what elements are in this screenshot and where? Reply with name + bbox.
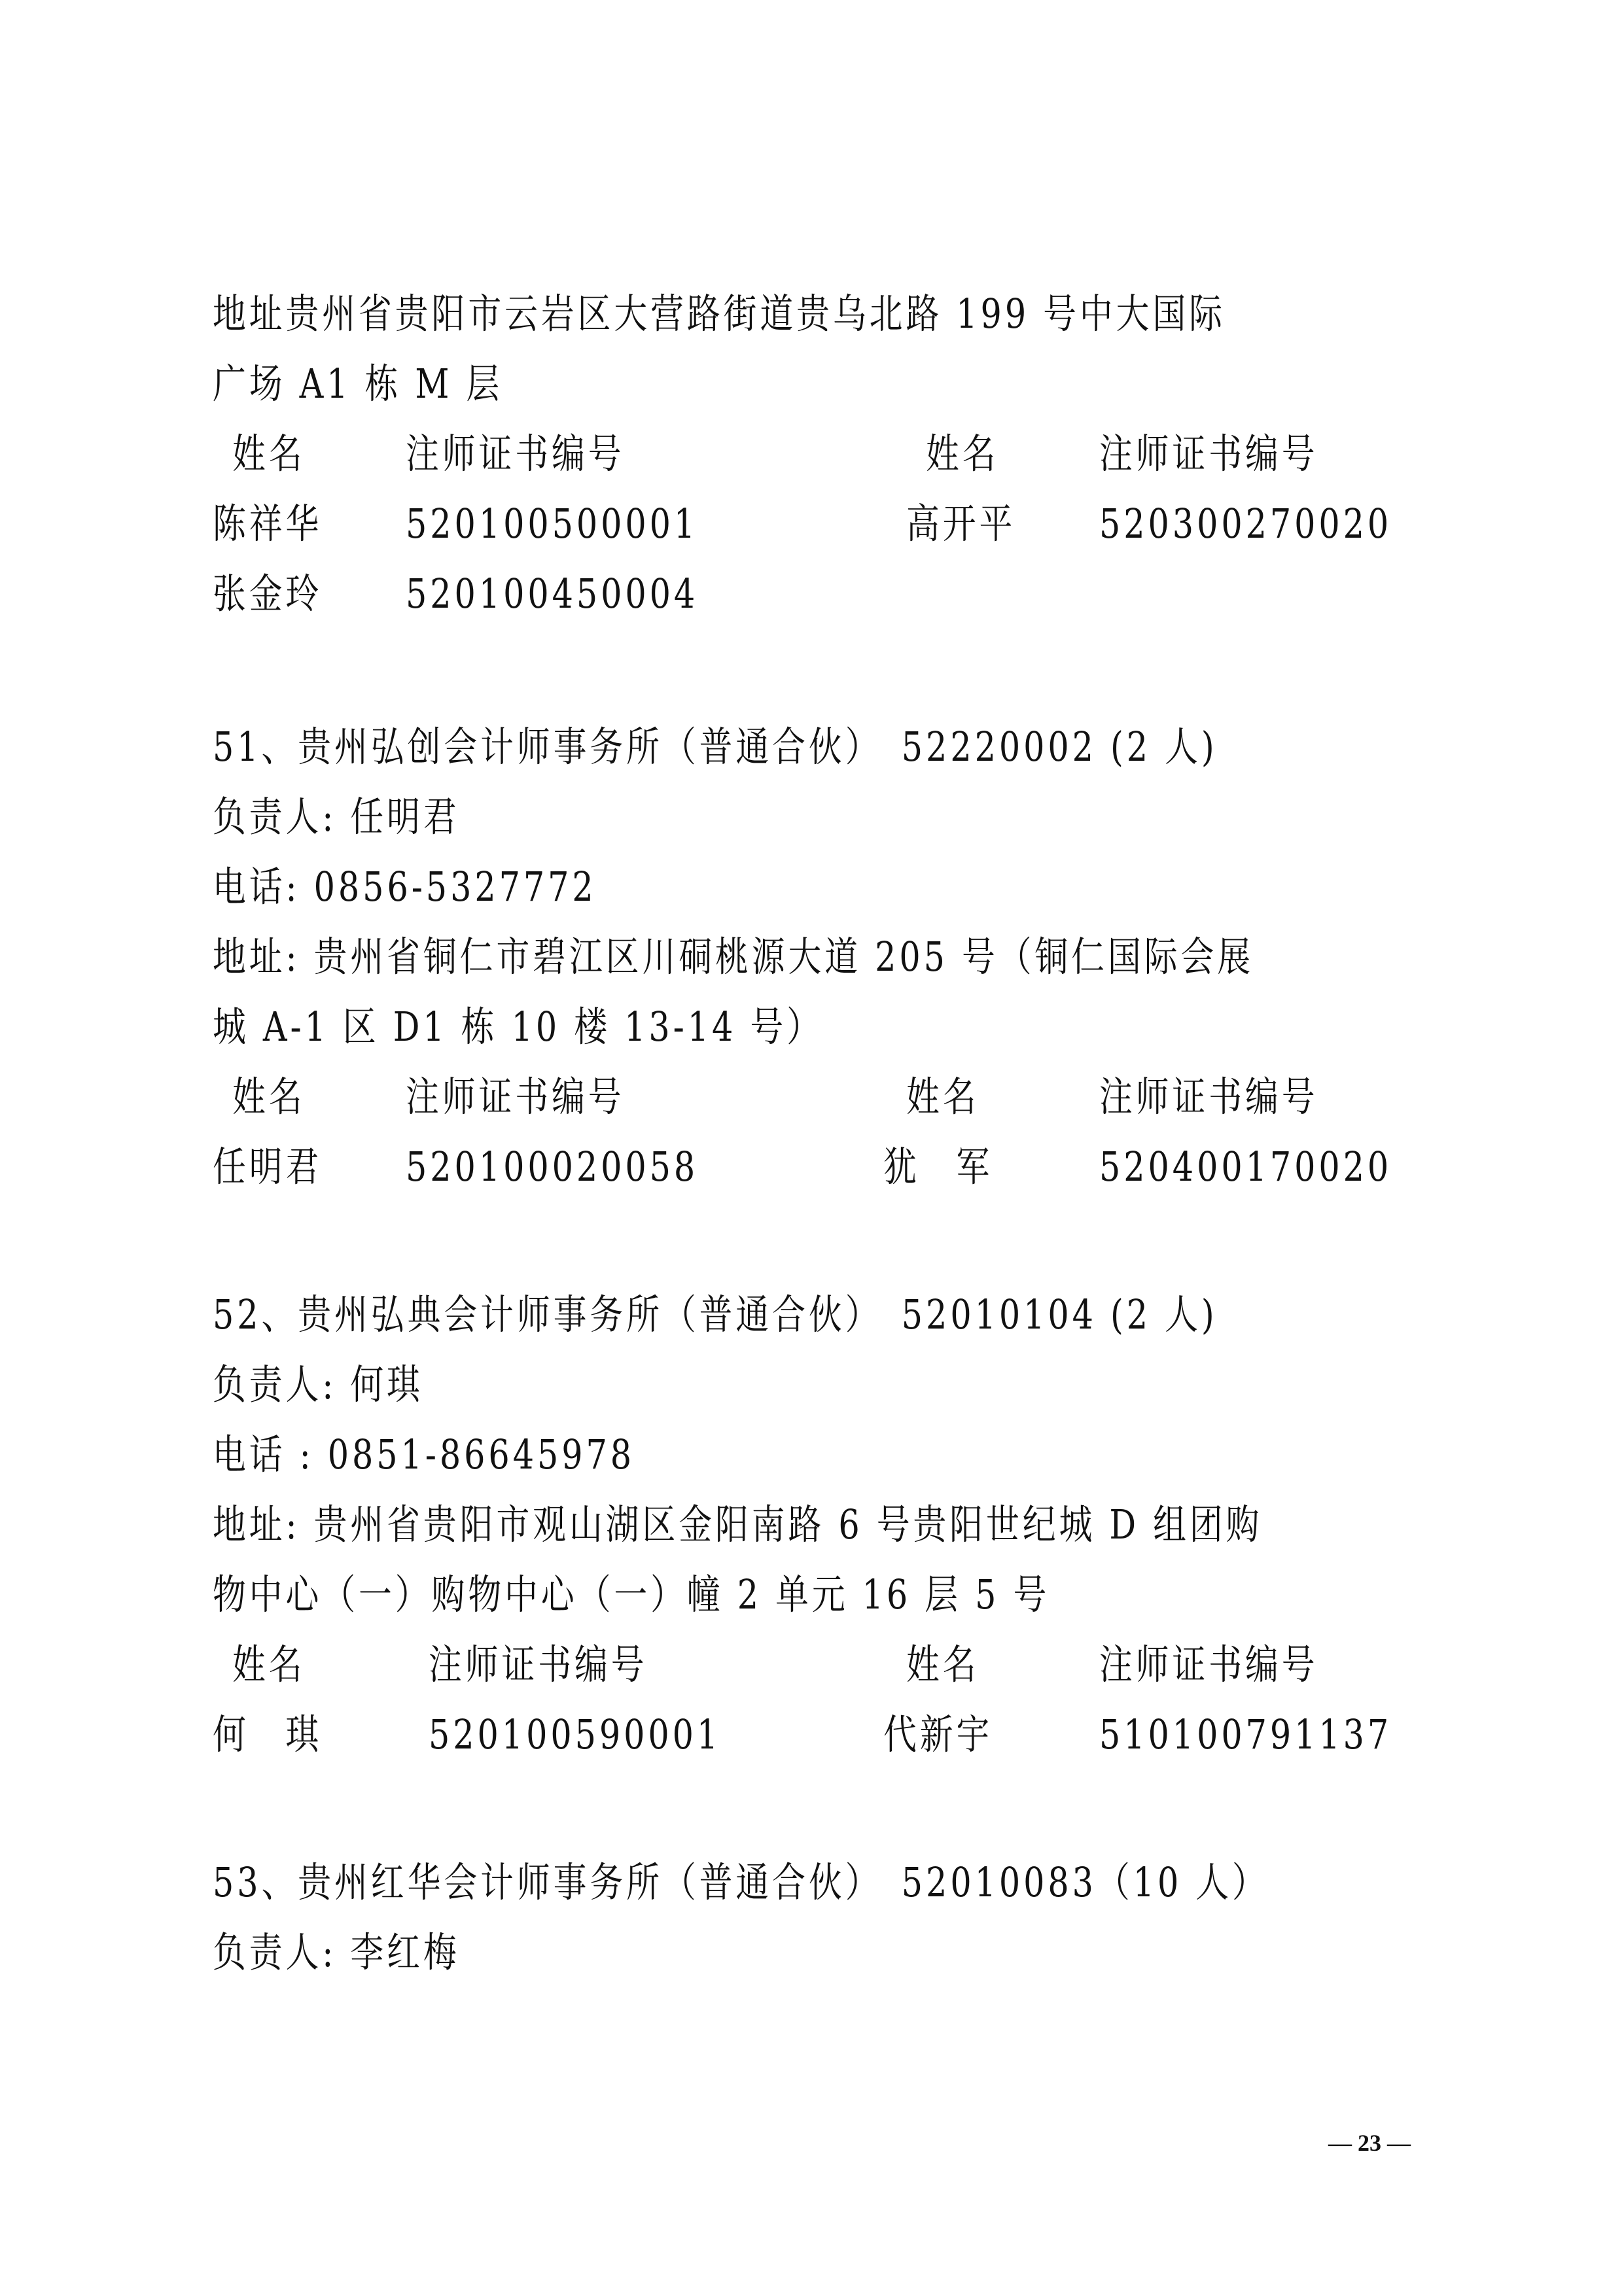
firm-address: 物中心（一）购物中心（一）幢 2 单元 16 层 5 号 (213, 1569, 1050, 1621)
column-header-cert: 注师证书编号 (1099, 428, 1318, 480)
member-name: 任明君 (213, 1141, 322, 1193)
column-header-name: 姓名 (232, 1639, 306, 1691)
member-cert: 520300270020 (1099, 498, 1392, 550)
firm-principal: 负责人: 任明君 (213, 791, 460, 843)
firm-phone: 电话: 0856-5327772 (213, 861, 597, 913)
column-header-cert: 注师证书编号 (1099, 1071, 1318, 1123)
firm-title: 51、贵州弘创会计师事务所（普通合伙） 52220002 (2 人) (213, 721, 1218, 773)
member-name: 张金玲 (213, 568, 322, 620)
column-header-name: 姓名 (232, 428, 306, 480)
column-header-name: 姓名 (906, 1071, 980, 1123)
firm-address: 地址: 贵州省贵阳市观山湖区金阳南路 6 号贵阳世纪城 D 组团购 (213, 1499, 1262, 1551)
member-cert: 520400170020 (1099, 1141, 1392, 1193)
column-header-cert: 注师证书编号 (406, 1071, 625, 1123)
firm-title: 52、贵州弘典会计师事务所（普通合伙） 52010104 (2 人) (213, 1289, 1218, 1341)
member-cert: 520100450004 (406, 568, 698, 620)
column-header-cert: 注师证书编号 (406, 428, 625, 480)
member-cert: 520100020058 (406, 1141, 698, 1193)
column-header-name: 姓名 (232, 1071, 306, 1123)
firm-address: 城 A-1 区 D1 栋 10 楼 13-14 号） (213, 1001, 823, 1053)
address-line: 广场 A1 栋 M 层 (213, 358, 503, 410)
column-header-name: 姓名 (926, 428, 999, 480)
member-name: 犹 军 (883, 1141, 993, 1193)
firm-principal: 负责人: 李红梅 (213, 1926, 460, 1979)
firm-phone: 电话 : 0851-86645978 (213, 1429, 635, 1481)
member-cert: 520100590001 (429, 1709, 721, 1761)
firm-address: 地址: 贵州省铜仁市碧江区川硐桃源大道 205 号（铜仁国际会展 (213, 931, 1254, 983)
firm-principal: 负责人: 何琪 (213, 1359, 423, 1411)
member-cert: 520100500001 (406, 498, 698, 550)
firm-title: 53、贵州红华会计师事务所（普通合伙） 52010083（10 人） (213, 1856, 1269, 1909)
column-header-cert: 注师证书编号 (429, 1639, 648, 1691)
column-header-name: 姓名 (906, 1639, 980, 1691)
member-name: 高开平 (906, 498, 1015, 550)
member-name: 代新宇 (883, 1709, 993, 1761)
member-cert: 510100791137 (1099, 1709, 1392, 1761)
document-page: 地址贵州省贵阳市云岩区大营路街道贵乌北路 199 号中大国际 广场 A1 栋 M… (0, 0, 1624, 2296)
member-name: 何 琪 (213, 1709, 322, 1761)
column-header-cert: 注师证书编号 (1099, 1639, 1318, 1691)
page-number: — 23 — (1328, 2129, 1411, 2157)
address-line: 地址贵州省贵阳市云岩区大营路街道贵乌北路 199 号中大国际 (213, 288, 1226, 340)
member-name: 陈祥华 (213, 498, 322, 550)
